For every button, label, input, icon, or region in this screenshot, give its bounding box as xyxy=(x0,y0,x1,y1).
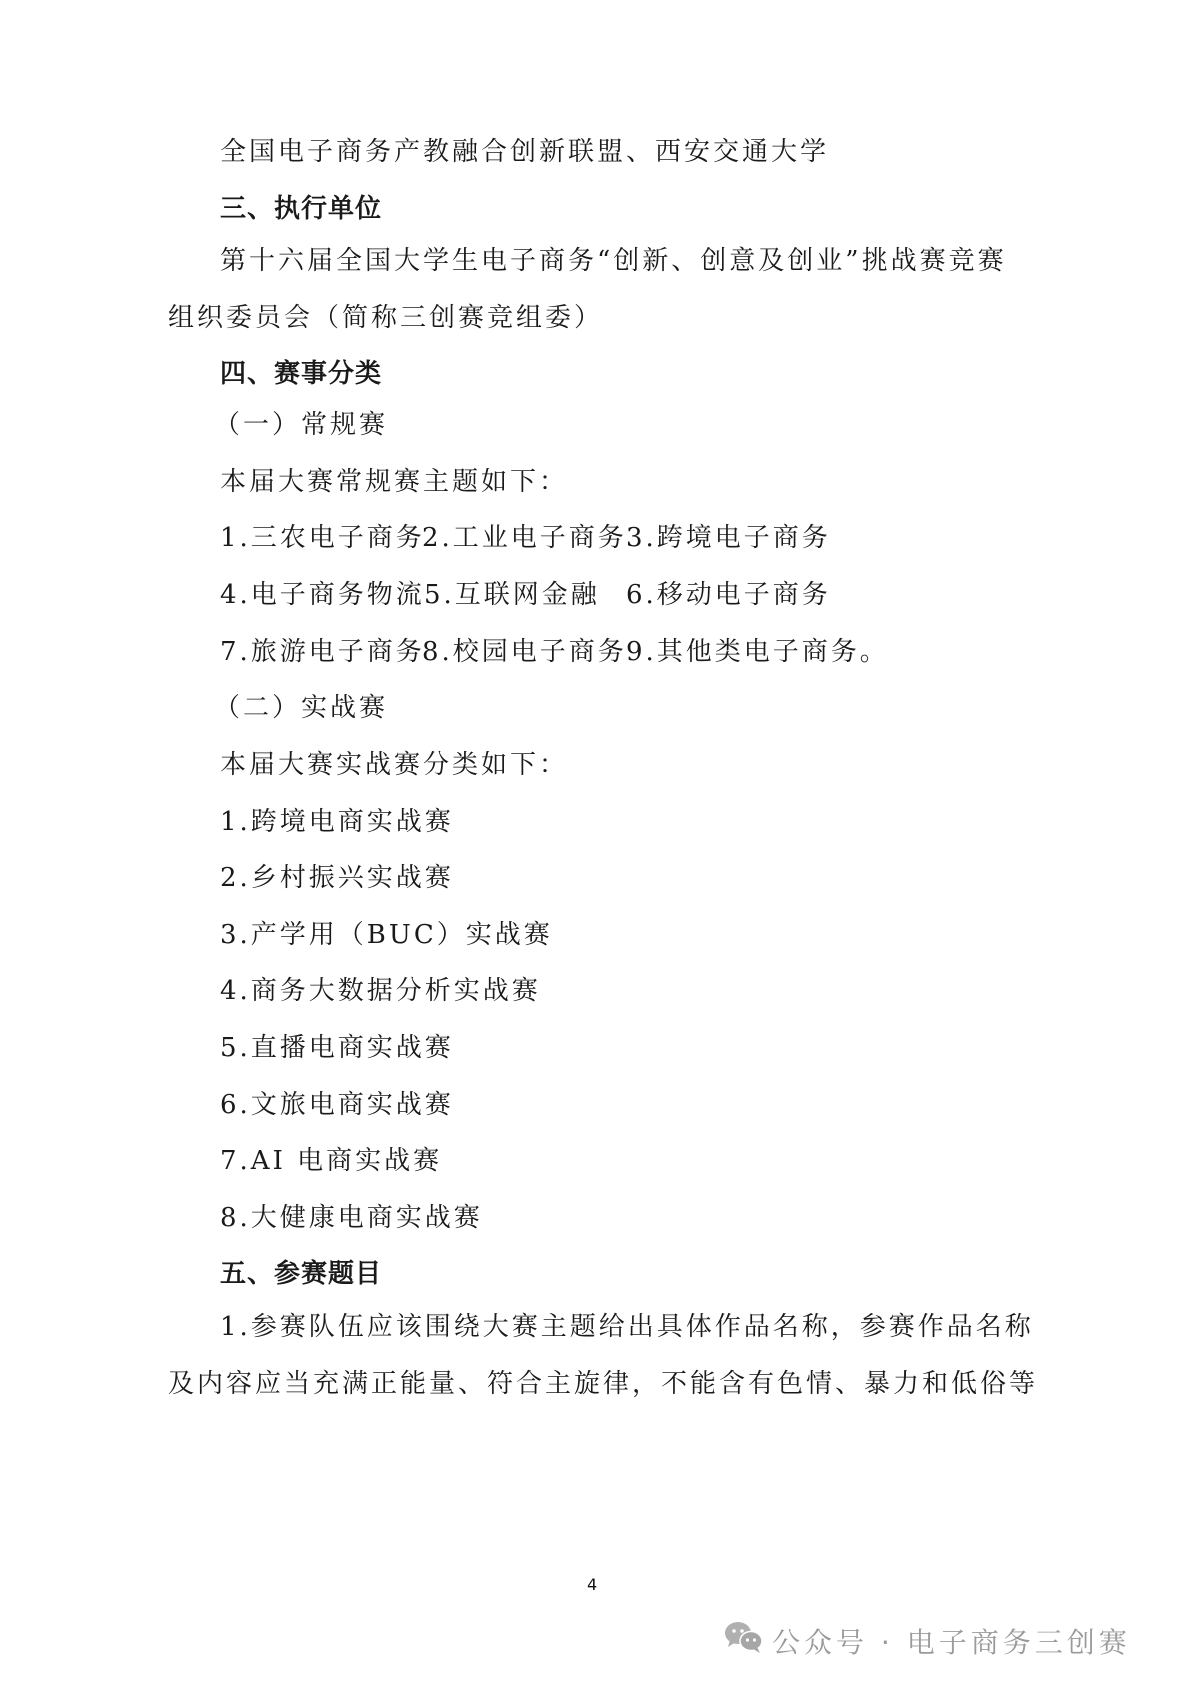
regular-theme: 3.跨境电子商务 xyxy=(626,521,831,555)
organizers-line: 全国电子商务产教融合创新联盟、西安交通大学 xyxy=(220,135,829,169)
wechat-icon xyxy=(724,1620,772,1661)
section5-paragraph-line2: 及内容应当充满正能量、符合主旋律，不能含有色情、暴力和低俗等 xyxy=(168,1367,1038,1401)
practical-item: 6.文旅电商实战赛 xyxy=(220,1088,454,1122)
practical-item: 4.商务大数据分析实战赛 xyxy=(220,974,541,1008)
regular-theme: 7.旅游电子商务 xyxy=(220,635,425,669)
practical-item: 8.大健康电商实战赛 xyxy=(220,1201,483,1235)
regular-theme: 4.电子商务物流 xyxy=(220,578,425,612)
regular-theme: 1.三农电子商务 xyxy=(220,521,425,555)
practical-item: 2.乡村振兴实战赛 xyxy=(220,861,454,895)
regular-theme: 6.移动电子商务 xyxy=(626,578,831,612)
document-page: 全国电子商务产教融合创新联盟、西安交通大学 三、执行单位 第十六届全国大学生电子… xyxy=(0,0,1190,1683)
section5-heading: 五、参赛题目 xyxy=(220,1257,382,1291)
section3-paragraph-line2: 组织委员会（简称三创赛竞组委） xyxy=(168,301,603,335)
watermark: 公众号 · 电子商务三创赛 xyxy=(724,1620,1131,1661)
regular-intro: 本届大赛常规赛主题如下： xyxy=(220,465,568,499)
section3-paragraph-line1: 第十六届全国大学生电子商务“创新、创意及创业”挑战赛竞赛 xyxy=(220,244,1007,278)
practical-item: 3.产学用（BUC）实战赛 xyxy=(220,918,553,952)
regular-theme: 5.互联网金融 xyxy=(424,578,600,612)
regular-theme: 9.其他类电子商务。 xyxy=(626,635,889,669)
regular-theme: 8.校园电子商务 xyxy=(422,635,627,669)
regular-subheading: （一）常规赛 xyxy=(214,408,388,442)
practical-item: 7.AI 电商实战赛 xyxy=(220,1144,442,1178)
regular-theme: 2.工业电子商务 xyxy=(422,521,627,555)
page-number: 4 xyxy=(587,1575,597,1594)
section4-heading: 四、赛事分类 xyxy=(220,357,382,391)
practical-intro: 本届大赛实战赛分类如下： xyxy=(220,748,568,782)
section5-paragraph-line1: 1.参赛队伍应该围绕大赛主题给出具体作品名称，参赛作品名称 xyxy=(220,1310,1034,1344)
practical-item: 5.直播电商实战赛 xyxy=(220,1031,454,1065)
section3-heading: 三、执行单位 xyxy=(220,192,382,226)
practical-subheading: （二）实战赛 xyxy=(214,691,388,725)
watermark-text: 公众号 · 电子商务三创赛 xyxy=(772,1621,1131,1661)
practical-item: 1.跨境电商实战赛 xyxy=(220,805,454,839)
